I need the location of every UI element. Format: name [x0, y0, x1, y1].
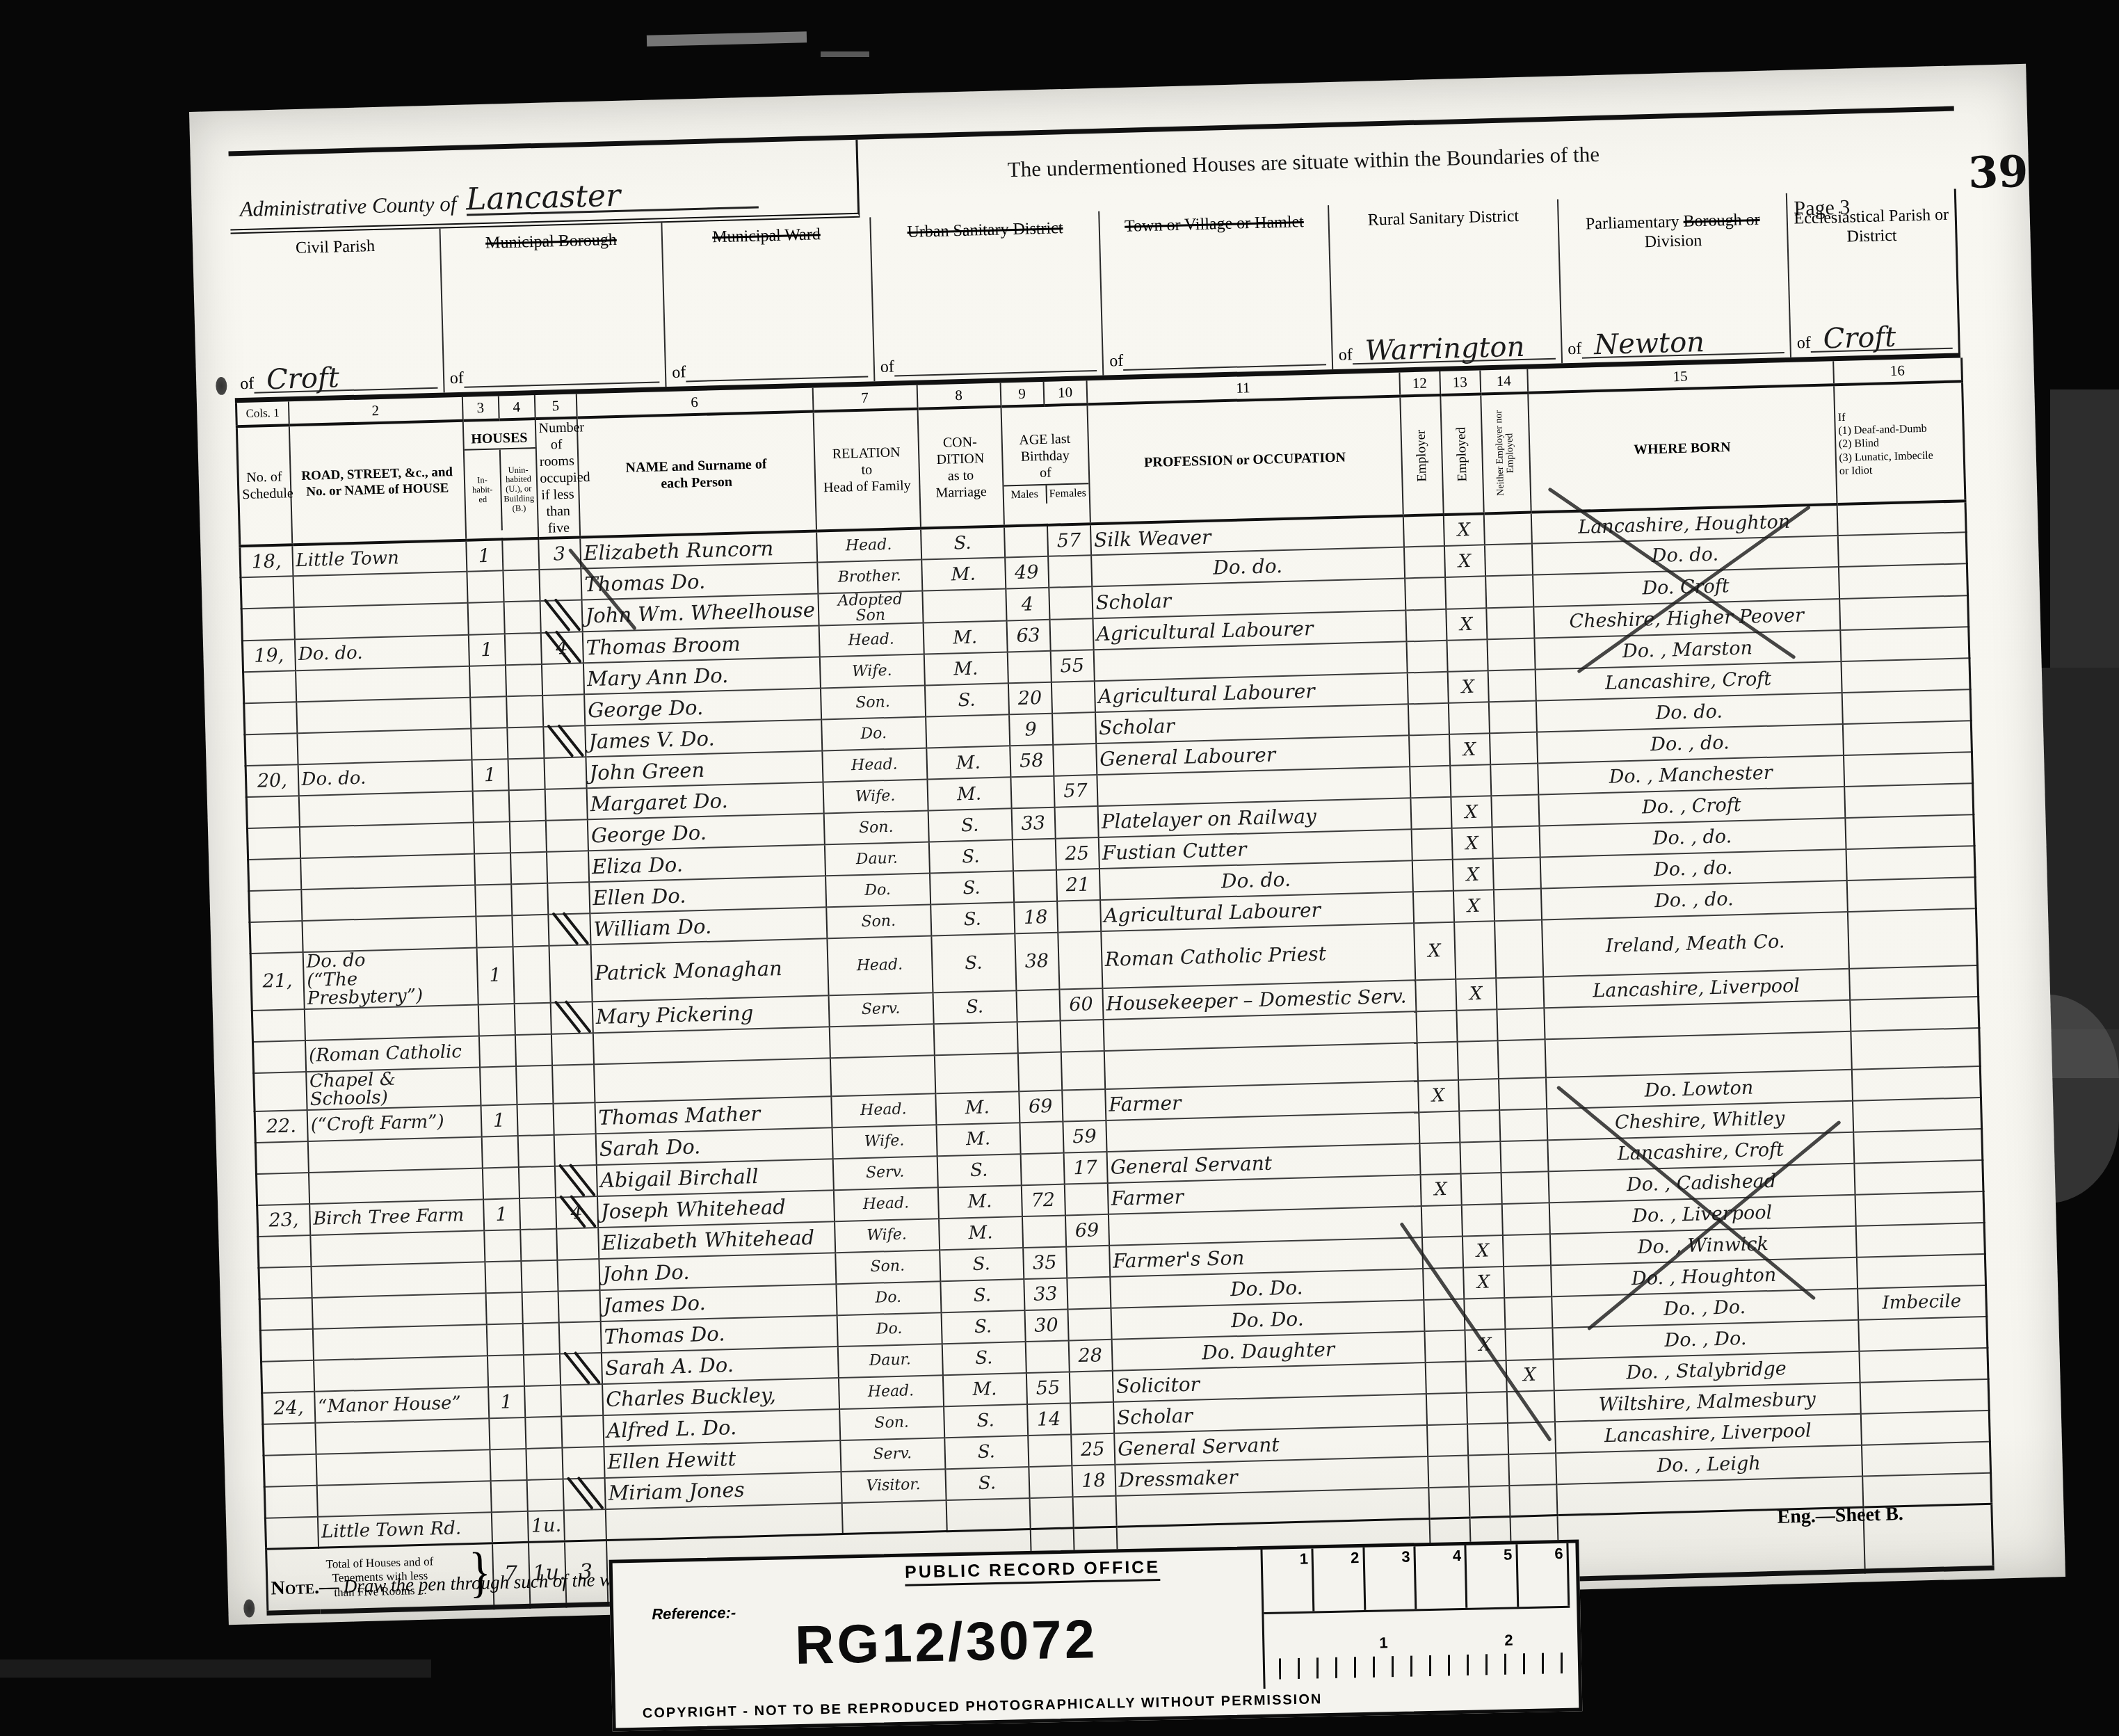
cell-inhabited — [490, 1449, 526, 1481]
cell-inhabited: 1 — [481, 1104, 517, 1136]
cell-rooms — [548, 913, 590, 946]
cell-rooms: 4 — [540, 632, 583, 664]
cell-name: Patrick Monaghan — [590, 938, 828, 1001]
cell-condition: S. — [944, 1436, 1029, 1469]
cell-inhabited: 1 — [476, 947, 514, 1004]
district-value — [894, 370, 1097, 377]
of-label: of — [1109, 352, 1124, 371]
header-age: AGE last Birthday of Males Females — [1001, 404, 1090, 526]
cell-road: (“Croft Farm”) — [307, 1105, 481, 1141]
cell-uninhabited — [506, 696, 543, 728]
cell-road: Do. do (“The Presbytery”) — [303, 948, 478, 1009]
cell-condition: M. — [938, 1216, 1022, 1250]
cell-age-male: 14 — [1027, 1403, 1071, 1436]
cell-condition: S. — [944, 1404, 1028, 1438]
cell-inhabited — [470, 696, 507, 728]
district-municipal-ward: Municipal Ward of — [661, 217, 874, 387]
punch-hole — [216, 377, 227, 395]
cell-condition: M. — [921, 557, 1006, 590]
cell-where-born: Ireland, Meath Co. — [1542, 912, 1849, 976]
cell-rooms — [542, 694, 585, 727]
header-employed: Employed — [1440, 394, 1483, 514]
cell-road — [293, 572, 467, 608]
cell-employer — [1412, 860, 1453, 892]
cell-employer — [1409, 734, 1450, 767]
cell-road — [299, 823, 474, 859]
cell-condition: M. — [926, 746, 1010, 779]
cell-inhabited — [472, 790, 509, 822]
cell-age-female — [1067, 1276, 1111, 1309]
header-houses: HOUSES In- habit- ed Unin- habited (U.),… — [462, 419, 538, 540]
cell-schedule-no: 21, — [250, 952, 304, 1010]
cell-neither — [1508, 1453, 1556, 1486]
district-label: Municipal Ward — [668, 225, 864, 249]
cell-age-male: 35 — [1023, 1246, 1067, 1279]
cell-relation: Wife. — [832, 1125, 937, 1159]
cell-relation: Son. — [839, 1406, 944, 1440]
cell-inhabited — [478, 1035, 515, 1067]
cell-condition: S. — [942, 1342, 1026, 1375]
cell-condition: S. — [945, 1467, 1029, 1500]
cell-relation: Son. — [820, 686, 925, 720]
cell-employed: X — [1463, 1267, 1504, 1299]
ruler: 1 2 3 4 5 6 1 2 — [1260, 1543, 1571, 1689]
cell-rooms — [563, 1509, 606, 1542]
cell-relation: Serv. — [840, 1438, 945, 1472]
of-label: of — [240, 375, 255, 394]
cell-neither — [1499, 1109, 1547, 1141]
cell-inhabited — [475, 884, 512, 916]
cell-inhabited — [469, 665, 506, 697]
cell-infirmity — [1850, 997, 1979, 1031]
cell-inhabited — [476, 915, 513, 947]
cell-employer — [1406, 641, 1447, 673]
cell-inhabited — [485, 1292, 522, 1324]
cell-rooms — [559, 1353, 602, 1385]
district-parliamentary: Parliamentary Borough or Division of New… — [1557, 193, 1791, 364]
cell-employed: X — [1462, 1235, 1503, 1268]
cell-age-male: 49 — [1005, 556, 1049, 589]
ruler-inch-number: 1 — [1379, 1634, 1388, 1652]
cell-employed: X — [1444, 545, 1485, 577]
ruler-inch-scale: 1 2 — [1264, 1608, 1571, 1684]
sheet-note: Eng.—Sheet B. — [1777, 1503, 1903, 1529]
cell-schedule-no: 20, — [245, 764, 298, 797]
cell-uninhabited — [505, 664, 542, 696]
film-streak — [647, 31, 807, 47]
cell-relation: Do. — [821, 717, 926, 751]
cell-neither — [1497, 1039, 1545, 1079]
cell-age-male: 58 — [1010, 745, 1054, 778]
cell-age-male: 72 — [1021, 1184, 1065, 1216]
header-neither-text: Neither Employer nor Employed — [1494, 401, 1517, 506]
cell-road — [311, 1262, 485, 1298]
cell-relation: Brother. — [817, 560, 922, 594]
district-label-line2: Division — [1644, 232, 1702, 251]
cell-road: Chapel & Schools) — [306, 1067, 481, 1110]
cell-condition — [934, 1053, 1018, 1093]
cell-inhabited — [482, 1167, 519, 1199]
cell-employer — [1410, 766, 1451, 798]
cell-schedule-no — [259, 1298, 312, 1331]
cell-age-female — [1052, 712, 1096, 745]
cell-inhabited: 1 — [483, 1198, 520, 1230]
cell-neither — [1484, 544, 1532, 577]
cell-neither — [1492, 857, 1540, 890]
header-age-title: AGE last Birthday of — [1002, 426, 1088, 485]
cell-age-female: 59 — [1063, 1120, 1106, 1153]
ruler-cm-number: 4 — [1415, 1545, 1467, 1609]
cell-age-male — [1020, 1152, 1064, 1185]
district-label-struck: Borough or — [1683, 211, 1760, 231]
cell-age-male: 20 — [1008, 682, 1052, 715]
cell-relation: Head. — [833, 1187, 938, 1221]
census-table: Cols. 1 2 3 4 5 6 7 8 9 10 11 12 13 14 1… — [235, 357, 1995, 1616]
header-condition: CON- DITION as to Marriage — [917, 407, 1004, 529]
cell-employer — [1416, 1010, 1457, 1043]
cell-neither — [1506, 1390, 1554, 1423]
col-number: 14 — [1480, 369, 1528, 394]
cell-condition — [933, 1022, 1017, 1055]
cell-neither — [1509, 1484, 1557, 1517]
cell-infirmity — [1859, 1347, 1988, 1382]
cell-age-male — [1022, 1215, 1065, 1248]
cell-rooms — [545, 819, 588, 852]
cell-relation: Head. — [838, 1375, 943, 1409]
cell-neither — [1498, 1077, 1546, 1110]
cell-age-female: 57 — [1054, 775, 1097, 807]
cell-infirmity — [1841, 658, 1970, 693]
cell-rooms — [561, 1415, 604, 1448]
cell-age-female — [1049, 586, 1093, 620]
cell-relation: Head. — [816, 529, 921, 563]
cell-age-female — [1048, 555, 1092, 588]
cell-neither — [1504, 1265, 1552, 1298]
cell-relation: Head. — [831, 1093, 936, 1127]
cell-uninhabited — [517, 1103, 554, 1135]
cell-infirmity: Imbecile — [1858, 1285, 1987, 1319]
microfilm-scan: Administrative County of Lancaster The u… — [0, 0, 2119, 1736]
header-males: Males — [1004, 485, 1046, 504]
cell-inhabited — [471, 728, 508, 759]
admin-county-value: Lancaster — [466, 179, 759, 216]
district-label: Town or Village or Hamlet — [1106, 212, 1323, 237]
col-number: 7 — [812, 385, 917, 412]
cell-infirmity — [1839, 595, 1969, 630]
cell-neither — [1488, 670, 1536, 702]
cell-schedule-no — [245, 733, 298, 766]
cell-uninhabited — [514, 1002, 551, 1034]
film-streak — [0, 1659, 431, 1678]
cell-neither — [1500, 1140, 1548, 1173]
cell-employer — [1405, 609, 1447, 642]
cell-employed: X — [1449, 733, 1490, 766]
cell-schedule-no — [248, 858, 301, 891]
cell-age-male — [1010, 776, 1054, 809]
cell-schedule-no — [264, 1485, 317, 1518]
cell-employed — [1445, 576, 1486, 609]
cell-road — [296, 666, 470, 702]
header-road: ROAD, STREET, &c., and No. or NAME of HO… — [289, 421, 465, 545]
cell-employer — [1405, 577, 1446, 611]
cell-rooms — [541, 663, 583, 696]
cell-schedule-no — [263, 1422, 316, 1455]
of-label: of — [1338, 346, 1353, 365]
district-urban-sanitary: Urban Sanitary District of — [869, 211, 1103, 382]
cell-neither — [1505, 1328, 1553, 1360]
cell-schedule-no — [246, 796, 299, 828]
cell-neither — [1502, 1234, 1550, 1267]
cell-uninhabited — [522, 1291, 558, 1323]
cell-relation: Wife. — [823, 780, 928, 814]
cell-rooms — [546, 851, 588, 883]
district-value — [686, 376, 869, 383]
cell-age-male — [1017, 1020, 1061, 1053]
cell-condition: M. — [924, 652, 1008, 685]
col-number: 5 — [534, 394, 577, 419]
cell-age-male: 38 — [1015, 933, 1059, 990]
cell-age-male: 55 — [1026, 1372, 1070, 1404]
cell-condition: M. — [935, 1091, 1020, 1125]
cell-neither — [1496, 976, 1544, 1009]
cell-relation: Do. — [837, 1312, 942, 1347]
cell-neither — [1488, 701, 1536, 734]
district-label-line2: District — [1846, 226, 1897, 246]
cell-uninhabited — [512, 915, 549, 947]
cell-neither — [1491, 795, 1539, 828]
cell-infirmity — [1858, 1316, 1988, 1351]
cell-inhabited — [486, 1324, 523, 1356]
col-number: Cols. 1 — [236, 401, 289, 426]
cell-employed — [1447, 639, 1488, 672]
header-infirmity: If (1) Deaf-and-Dumb (2) Blind (3) Lunat… — [1834, 381, 1965, 504]
ruler-cm-scale: 1 2 3 4 5 6 — [1262, 1543, 1570, 1614]
cell-employed — [1466, 1392, 1507, 1424]
cell-uninhabited — [520, 1228, 557, 1260]
cell-rooms — [556, 1228, 599, 1260]
cell-age-female: 60 — [1059, 988, 1103, 1021]
cell-relation: Serv. — [832, 1156, 937, 1190]
cell-neither — [1501, 1171, 1549, 1204]
cell-infirmity — [1847, 908, 1977, 968]
cell-relation: Head. — [827, 935, 933, 995]
cell-age-male: 63 — [1006, 620, 1050, 652]
cell-age-female — [1057, 900, 1101, 933]
cell-infirmity — [1837, 501, 1966, 536]
cell-schedule-no — [247, 827, 300, 860]
cell-infirmity — [1844, 783, 1974, 818]
cell-name — [594, 1058, 831, 1102]
cell-schedule-no — [256, 1173, 309, 1205]
cell-rooms — [539, 568, 581, 601]
cell-inhabited — [490, 1480, 527, 1512]
cell-infirmity — [1844, 752, 1973, 787]
district-value: Croft — [1810, 324, 1953, 353]
col-number: 13 — [1440, 370, 1481, 395]
cell-rooms: 4 — [555, 1196, 597, 1229]
cell-employer: X — [1420, 1173, 1461, 1206]
cell-employer — [1412, 891, 1453, 924]
cell-rooms — [552, 1064, 595, 1104]
cell-neither — [1490, 764, 1538, 796]
cell-uninhabited — [510, 852, 547, 884]
cell-employed — [1469, 1486, 1510, 1518]
cell-relation — [830, 1055, 935, 1096]
cell-infirmity — [1842, 721, 1972, 755]
pro-reference-strip: PUBLIC RECORD OFFICE Reference:- RG12/30… — [609, 1539, 1583, 1731]
cell-rooms — [554, 1134, 596, 1166]
cell-schedule-no: 23, — [257, 1204, 310, 1237]
cell-employer — [1424, 1330, 1465, 1363]
col-number: 3 — [462, 396, 499, 420]
col-number: 16 — [1833, 357, 1963, 385]
cell-age-female — [1051, 681, 1095, 714]
cell-road — [315, 1418, 490, 1454]
cell-age-male — [1016, 989, 1060, 1022]
ruler-cm-number: 3 — [1364, 1546, 1417, 1610]
cell-infirmity — [1849, 965, 1979, 1000]
header-employer-text: Employer — [1414, 429, 1429, 481]
cell-road: Do. do. — [294, 635, 469, 671]
cell-age-female — [1067, 1308, 1111, 1340]
cell-schedule-no — [259, 1267, 312, 1299]
cell-inhabited — [467, 570, 503, 602]
cell-condition — [922, 588, 1006, 622]
cell-uninhabited — [503, 601, 540, 634]
cell-employer — [1428, 1455, 1469, 1488]
district-town-village: Town or Village or Hamlet of — [1099, 205, 1332, 376]
pro-reference-label: Reference:- — [652, 1604, 736, 1624]
cell-infirmity — [1853, 1129, 1983, 1164]
cell-neither — [1485, 575, 1533, 609]
cell-inhabited — [480, 1066, 517, 1105]
of-label: of — [1796, 334, 1811, 353]
cell-road — [302, 917, 476, 953]
cell-uninhabited — [525, 1416, 562, 1448]
cell-rooms — [550, 1002, 593, 1034]
pro-office-title: PUBLIC RECORD OFFICE — [905, 1557, 1161, 1586]
cell-uninhabited — [513, 946, 550, 1004]
cell-age-female: 25 — [1071, 1433, 1115, 1465]
cell-age-male: 30 — [1024, 1309, 1068, 1342]
cell-age-male: 4 — [1006, 588, 1049, 621]
cell-uninhabited — [519, 1197, 556, 1229]
cell-uninhabited — [502, 538, 539, 570]
cell-employer — [1428, 1486, 1469, 1519]
cell-employed — [1461, 1204, 1502, 1237]
situate-line: The undermentioned Houses are situate wi… — [872, 138, 1735, 186]
cell-neither — [1501, 1203, 1549, 1235]
cell-relation: Daur. — [837, 1344, 942, 1378]
cell-rooms — [557, 1259, 599, 1292]
cell-employer — [1410, 797, 1451, 830]
cell-schedule-no — [252, 1009, 305, 1042]
district-label: Municipal Borough — [446, 230, 656, 254]
header-houses-title: HOUSES — [464, 428, 535, 451]
cell-employer — [1403, 546, 1444, 579]
col-number: 10 — [1043, 380, 1087, 405]
cell-employer — [1421, 1205, 1462, 1237]
cell-age-male: 9 — [1009, 714, 1053, 746]
district-value — [1124, 364, 1327, 371]
cell-age-female — [1069, 1370, 1113, 1403]
district-label: Rural Sanitary District — [1335, 207, 1552, 232]
cell-infirmity — [1862, 1472, 1992, 1507]
cell-road — [308, 1168, 483, 1204]
cell-road — [296, 698, 471, 734]
cell-employer — [1411, 828, 1452, 861]
cell-road — [314, 1356, 488, 1392]
cell-age-female — [1058, 931, 1102, 989]
cell-infirmity — [1853, 1098, 1982, 1132]
cell-employed: X — [1456, 978, 1497, 1011]
cell-uninhabited — [521, 1260, 558, 1292]
cell-schedule-no: 22. — [255, 1110, 307, 1143]
cell-relation: Wife. — [835, 1219, 940, 1253]
header-occupation: PROFESSION or OCCUPATION — [1087, 396, 1403, 524]
cell-schedule-no — [258, 1235, 311, 1268]
header-where-born: WHERE BORN — [1528, 385, 1837, 512]
cell-inhabited — [467, 602, 504, 634]
cell-employer: X — [1414, 922, 1456, 980]
cell-condition: S. — [929, 871, 1013, 904]
cell-employed: X — [1446, 608, 1487, 641]
col-number: 12 — [1399, 371, 1440, 396]
district-label: Ecclesiastical Parish or District — [1794, 206, 1950, 248]
cell-employer — [1417, 1041, 1458, 1081]
cell-schedule-no — [254, 1072, 307, 1111]
cell-schedule-no — [264, 1454, 316, 1486]
ruler-cm-number: 6 — [1517, 1543, 1570, 1607]
cell-inhabited — [489, 1417, 526, 1449]
cell-inhabited — [474, 853, 511, 885]
cell-condition: S. — [931, 933, 1016, 992]
cell-road: Little Town Rd. — [317, 1512, 492, 1548]
cell-age-male — [1029, 1497, 1073, 1529]
cell-age-male — [1020, 1121, 1063, 1154]
cell-rooms — [554, 1165, 597, 1198]
cell-rooms — [558, 1321, 601, 1354]
cell-condition: S. — [933, 990, 1017, 1024]
cell-relation: Visitor. — [841, 1469, 946, 1503]
cell-neither — [1486, 607, 1534, 640]
cell-employer — [1415, 979, 1456, 1011]
cell-condition — [926, 714, 1010, 748]
cell-employed: X — [1447, 670, 1488, 703]
cell-age-female — [1049, 618, 1093, 651]
cell-neither — [1504, 1296, 1552, 1329]
cell-uninhabited — [524, 1385, 561, 1417]
cell-employer — [1403, 515, 1444, 547]
cell-road — [301, 885, 476, 922]
district-civil-parish: Civil Parish of Croft — [231, 229, 444, 399]
cell-infirmity — [1846, 846, 1975, 881]
cell-employed: X — [1451, 827, 1492, 860]
cell-rooms — [553, 1102, 595, 1135]
header-schedule: No. of Schedule — [236, 425, 291, 546]
of-label: of — [449, 369, 464, 389]
cell-rooms — [549, 945, 592, 1002]
cell-infirmity — [1861, 1441, 1990, 1476]
cell-neither — [1483, 513, 1531, 545]
cell-rooms — [540, 600, 582, 633]
district-label: Urban Sanitary District — [876, 218, 1093, 243]
cell-rooms — [551, 1033, 593, 1066]
cell-age-female: 55 — [1050, 650, 1094, 682]
header-inhabited: In- habit- ed — [464, 449, 501, 531]
cell-road — [298, 791, 473, 828]
district-label: Civil Parish — [236, 236, 434, 260]
